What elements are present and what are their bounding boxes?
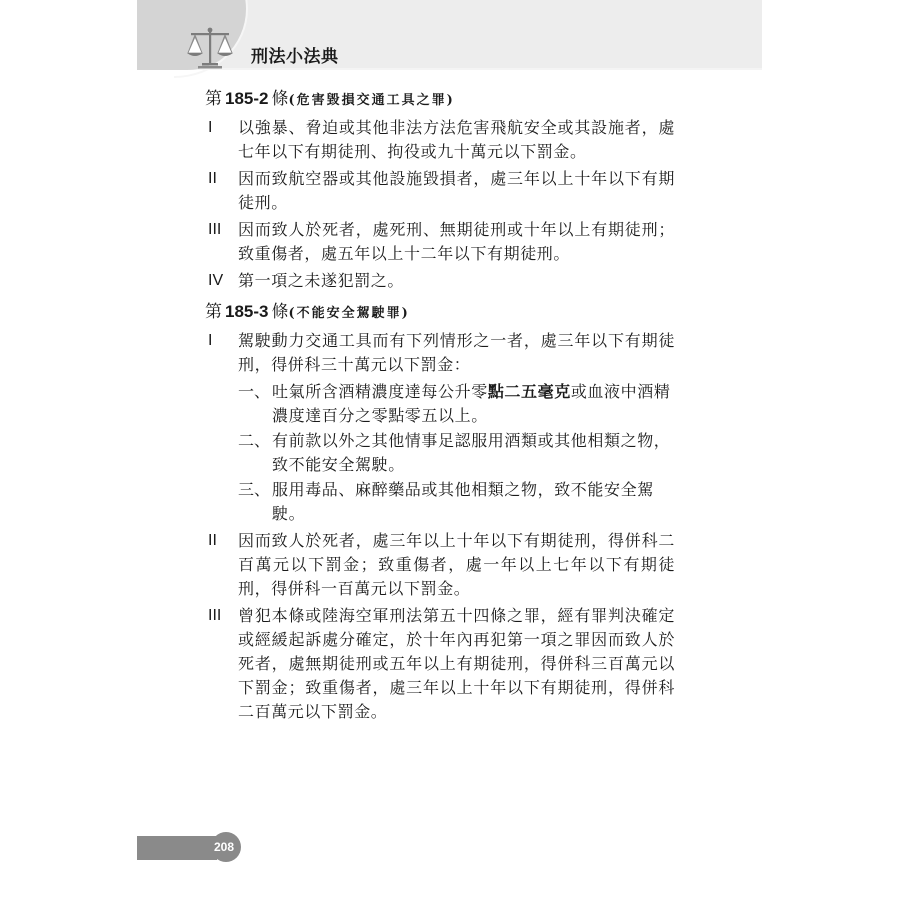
sub-item: 二、 有前款以外之其他情事足認服用酒類或其他相類之物，致不能安全駕駛。 [238,429,675,477]
sub-item-text: 吐氣所含酒精濃度達每公升零點二五毫克或血液中酒精濃度達百分之零點零五以上。 [272,380,675,428]
sub-item-text-before: 吐氣所含酒精濃度達每公升零 [272,382,488,401]
paragraph: III 因而致人於死者，處死刑、無期徒刑或十年以上有期徒刑；致重傷者，處五年以上… [205,218,675,266]
paragraph-number: III [205,604,238,724]
page-number: 208 [209,840,239,854]
paragraph: I 以強暴、脅迫或其他非法方法危害飛航安全或其設施者，處七年以下有期徒刑、拘役或… [205,116,675,164]
paragraph-number: IV [205,269,238,293]
paragraph-text: 第一項之未遂犯罰之。 [238,269,675,293]
article-subtitle: (不能安全駕駛罪) [288,306,409,321]
article-heading: 第185-3條(不能安全駕駛罪) [205,299,675,325]
article-185-2: 第185-2條(危害毀損交通工具之罪) I 以強暴、脅迫或其他非法方法危害飛航安… [205,86,675,293]
paragraph-text: 駕駛動力交通工具而有下列情形之一者，處三年以下有期徒刑，得併科三十萬元以下罰金： [238,329,675,377]
sub-item-marker: 三、 [238,478,272,526]
sub-item-marker: 一、 [238,380,272,428]
paragraph-number: II [205,529,238,601]
article-prefix: 第 [205,89,222,109]
paragraph-text: 因而致人於死者，處死刑、無期徒刑或十年以上有期徒刑；致重傷者，處五年以上十二年以… [238,218,675,266]
paragraph-number: I [205,116,238,164]
paragraph: I 駕駛動力交通工具而有下列情形之一者，處三年以下有期徒刑，得併科三十萬元以下罰… [205,329,675,377]
paragraph: II 因而致航空器或其他設施毀損者，處三年以上十年以下有期徒刑。 [205,167,675,215]
paragraph-number: I [205,329,238,377]
paragraph: IV 第一項之未遂犯罰之。 [205,269,675,293]
article-prefix: 第 [205,302,222,322]
sub-item: 三、 服用毒品、麻醉藥品或其他相類之物，致不能安全駕駛。 [238,478,675,526]
article-185-3: 第185-3條(不能安全駕駛罪) I 駕駛動力交通工具而有下列情形之一者，處三年… [205,299,675,724]
article-number: 185-2 [225,89,268,108]
sub-item-text-bold: 點二五毫克 [488,382,571,401]
article-number: 185-3 [225,302,268,321]
article-subtitle: (危害毀損交通工具之罪) [288,93,454,108]
paragraph-number: III [205,218,238,266]
paragraph-text: 曾犯本條或陸海空軍刑法第五十四條之罪，經有罪判決確定或經緩起訴處分確定，於十年內… [238,604,675,724]
page-content: 第185-2條(危害毀損交通工具之罪) I 以強暴、脅迫或其他非法方法危害飛航安… [205,86,675,730]
article-heading: 第185-2條(危害毀損交通工具之罪) [205,86,675,112]
article-suffix: 條 [271,89,288,109]
paragraph-text: 因而致航空器或其他設施毀損者，處三年以上十年以下有期徒刑。 [238,167,675,215]
sub-item-text: 有前款以外之其他情事足認服用酒類或其他相類之物，致不能安全駕駛。 [272,429,675,477]
book-title: 刑法小法典 [251,42,339,67]
sub-item-marker: 二、 [238,429,272,477]
footer-bar [137,836,217,860]
paragraph-text: 以強暴、脅迫或其他非法方法危害飛航安全或其設施者，處七年以下有期徒刑、拘役或九十… [238,116,675,164]
article-suffix: 條 [271,302,288,322]
sub-item-text: 服用毒品、麻醉藥品或其他相類之物，致不能安全駕駛。 [272,478,675,526]
sub-item: 一、 吐氣所含酒精濃度達每公升零點二五毫克或血液中酒精濃度達百分之零點零五以上。 [238,380,675,428]
paragraph-number: II [205,167,238,215]
paragraph: II 因而致人於死者，處三年以上十年以下有期徒刑，得併科二百萬元以下罰金；致重傷… [205,529,675,601]
scales-of-justice-icon [185,26,235,72]
paragraph-text: 因而致人於死者，處三年以上十年以下有期徒刑，得併科二百萬元以下罰金；致重傷者，處… [238,529,675,601]
paragraph: III 曾犯本條或陸海空軍刑法第五十四條之罪，經有罪判決確定或經緩起訴處分確定，… [205,604,675,724]
